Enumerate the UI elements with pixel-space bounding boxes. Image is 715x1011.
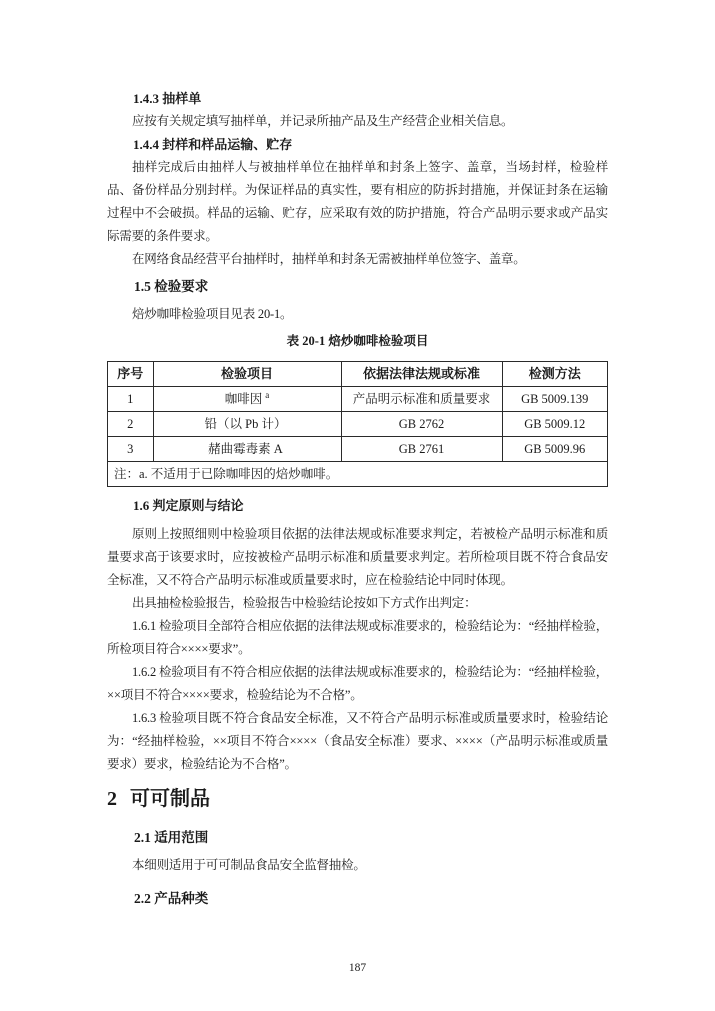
paragraph-1-6-1: 1.6.1 检验项目全部符合相应依据的法律法规或标准要求的，检验结论为：“经抽样…	[107, 615, 608, 661]
document-body: 1.4.3 抽样单 应按有关规定填写抽样单，并记录所抽产品及生产经营企业相关信息…	[107, 87, 608, 915]
paragraph-1-5: 焙炒咖啡检验项目见表 20-1。	[107, 303, 608, 326]
section-heading-1-4-3: 1.4.3 抽样单	[107, 87, 608, 110]
paragraph-1-4-4-b: 在网络食品经营平台抽样时，抽样单和封条无需被抽样单位签字、盖章。	[107, 248, 608, 271]
cell-basis: 产品明示标准和质量要求	[341, 387, 502, 412]
chapter-heading-2: 2可可制品	[107, 784, 608, 814]
paragraph-1-6-b: 出具抽检检验报告，检验报告中检验结论按如下方式作出判定：	[107, 592, 608, 615]
table-header-row: 序号 检验项目 依据法律法规或标准 检测方法	[108, 362, 608, 387]
table-caption: 表 20-1 焙炒咖啡检验项目	[107, 330, 608, 353]
section-heading-2-2: 2.2 产品种类	[107, 887, 608, 910]
column-header-item: 检验项目	[153, 362, 341, 387]
table-note-row: 注：a. 不适用于已除咖啡因的焙炒咖啡。	[108, 462, 608, 487]
paragraph-1-4-3: 应按有关规定填写抽样单，并记录所抽产品及生产经营企业相关信息。	[107, 110, 608, 133]
footnote-marker: a	[265, 390, 269, 400]
column-header-basis: 依据法律法规或标准	[341, 362, 502, 387]
inspection-items-table: 序号 检验项目 依据法律法规或标准 检测方法 1 咖啡因a 产品明示标准和质量要…	[107, 361, 608, 487]
cell-basis: GB 2761	[341, 437, 502, 462]
section-heading-1-6: 1.6 判定原则与结论	[107, 494, 608, 517]
page-number: 187	[0, 962, 715, 974]
table-note: 注：a. 不适用于已除咖啡因的焙炒咖啡。	[108, 462, 608, 487]
cell-item: 铅（以 Pb 计）	[153, 412, 341, 437]
cell-item-text: 铅（以 Pb 计）	[205, 417, 287, 431]
cell-item: 咖啡因a	[153, 387, 341, 412]
cell-method: GB 5009.96	[502, 437, 608, 462]
table-row: 1 咖啡因a 产品明示标准和质量要求 GB 5009.139	[108, 387, 608, 412]
chapter-number: 2	[107, 788, 117, 810]
cell-no: 2	[108, 412, 154, 437]
paragraph-1-4-4-a: 抽样完成后由抽样人与被抽样单位在抽样单和封条上签字、盖章，当场封样，检验样品、备…	[107, 156, 608, 248]
paragraph-1-6-3: 1.6.3 检验项目既不符合食品安全标准，又不符合产品明示标准或质量要求时，检验…	[107, 707, 608, 776]
table-row: 2 铅（以 Pb 计） GB 2762 GB 5009.12	[108, 412, 608, 437]
document-page: 1.4.3 抽样单 应按有关规定填写抽样单，并记录所抽产品及生产经营企业相关信息…	[0, 0, 715, 1011]
cell-method: GB 5009.139	[502, 387, 608, 412]
cell-basis: GB 2762	[341, 412, 502, 437]
cell-item: 赭曲霉毒素 A	[153, 437, 341, 462]
cell-no: 1	[108, 387, 154, 412]
table-row: 3 赭曲霉毒素 A GB 2761 GB 5009.96	[108, 437, 608, 462]
column-header-no: 序号	[108, 362, 154, 387]
cell-item-text: 赭曲霉毒素 A	[208, 442, 283, 456]
paragraph-1-6-2: 1.6.2 检验项目有不符合相应依据的法律法规或标准要求的，检验结论为：“经抽样…	[107, 661, 608, 707]
cell-item-text: 咖啡因	[225, 392, 263, 406]
chapter-title: 可可制品	[130, 788, 210, 810]
section-heading-1-5: 1.5 检验要求	[107, 275, 608, 298]
paragraph-1-6-a: 原则上按照细则中检验项目依据的法律法规或标准要求判定，若被检产品明示标准和质量要…	[107, 523, 608, 592]
section-heading-2-1: 2.1 适用范围	[107, 826, 608, 849]
cell-method: GB 5009.12	[502, 412, 608, 437]
paragraph-2-1: 本细则适用于可可制品食品安全监督抽检。	[107, 854, 608, 877]
section-heading-1-4-4: 1.4.4 封样和样品运输、贮存	[107, 133, 608, 156]
cell-no: 3	[108, 437, 154, 462]
column-header-method: 检测方法	[502, 362, 608, 387]
